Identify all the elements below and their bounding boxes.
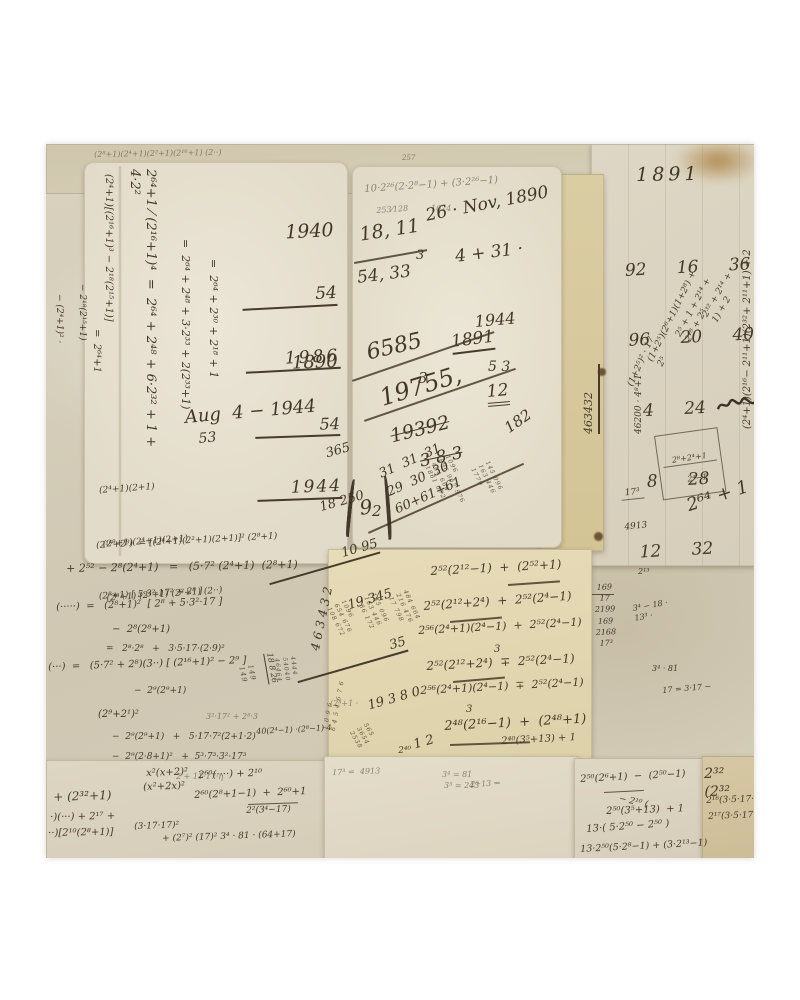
edge-vertical-formula: (2⁴+1)(2¹⁶− 2¹¹+1)(2³²+ 2¹¹+1) + 2 bbox=[742, 174, 754, 429]
factor-line: (2¹⁶+2⁸) = [(2⁴+1)(2²+1)(2+1)]² (2⁸+1) bbox=[96, 529, 278, 556]
formula-line: ·)(···) + 2¹⁷ + bbox=[50, 811, 115, 825]
underline-stroke bbox=[592, 594, 614, 595]
vertical-formula: = 2⁶⁴+1 bbox=[90, 329, 103, 439]
margin-number-stack: 169 17 2199 169 2168 17³ bbox=[594, 581, 617, 649]
sum-line: 1940 bbox=[238, 219, 334, 248]
margin-formula: − (2⁴+1)² · bbox=[53, 294, 64, 379]
fact-note: 17³ = 4913 bbox=[332, 766, 380, 778]
table-cell: 4 bbox=[611, 400, 654, 424]
tally-line: 365 bbox=[237, 439, 352, 488]
hole-dot bbox=[594, 532, 603, 541]
table-cell: 32 bbox=[671, 539, 714, 562]
formula-line: − 2⁹(2⁹+1) bbox=[134, 686, 186, 697]
formula-line: x²(x+2)² bbox=[146, 767, 188, 781]
sum-line: 1890 bbox=[252, 351, 338, 376]
year-heading: 1891 bbox=[636, 163, 701, 188]
table-cell: 92 bbox=[604, 260, 647, 283]
margin-note: 3⁴ · 81 bbox=[652, 664, 678, 674]
formula-line: ··)[2¹⁰(2⁸+1)] bbox=[48, 827, 114, 841]
formula-line: 2¹⁶(3·5·17· bbox=[706, 794, 754, 807]
small-number: 12 bbox=[486, 380, 510, 407]
manuscript-scan-page: (2⁸+1)(2⁴+1)(2²+1)(2¹⁶+1) (2··) 257 − (2… bbox=[0, 0, 800, 1000]
margin-note: 2¹³ bbox=[638, 567, 650, 577]
formula-line: 2¹⁷(3·5·17· bbox=[708, 810, 754, 823]
formula-line: (2⁹+2¹)² bbox=[98, 709, 139, 722]
table-cell bbox=[723, 536, 754, 559]
formula-line: 2⁶⁰(····) + 2¹⁰ bbox=[198, 768, 262, 783]
fraction-denominator: 2²(3⁴−17) bbox=[246, 804, 291, 817]
formula-line: + (2³²+1) bbox=[53, 788, 112, 805]
vertical-formula: 2⁶⁴+1 ⁄ (2¹⁶+1)⁴ = 2⁶⁴ + 2⁴⁸ + 6·2³² + 1… bbox=[126, 169, 159, 469]
formula-line: − 2⁸(2⁸+1) bbox=[112, 624, 170, 637]
formula-line: − 2⁹(2⁹+1) + 5·17·7²(2+1·2) bbox=[112, 732, 256, 743]
top-scribble: 257 bbox=[402, 154, 415, 163]
vertical-formula: (2⁴+1)[(2¹⁶+1)³ − 2¹⁸(2¹⁵+1)] bbox=[102, 174, 115, 399]
formula-fragment: 3²·17² + 2⁸·3 bbox=[206, 712, 258, 722]
factor-line: (2⁴+1)(2+1) bbox=[99, 474, 216, 500]
margin-formula: − 2¹⁸(2¹⁵+1) bbox=[76, 284, 87, 379]
formula-line: (x²+2x)² bbox=[143, 781, 185, 795]
fact-note: 3⁴ = 81 bbox=[442, 770, 472, 780]
micro-number-stack: 4444 54040 46464 bbox=[273, 656, 299, 683]
formula-line: = 2⁸·2⁸ + 3·5·17·(2·9)² bbox=[106, 644, 225, 655]
fraction-denominator: 4913 bbox=[624, 521, 648, 535]
manuscript-collage: (2⁸+1)(2⁴+1)(2²+1)(2¹⁶+1) (2··) 257 − (2… bbox=[46, 144, 754, 858]
formula-line: − 2⁹(2·8+1)² + 5³·7³·3²·17³ bbox=[112, 752, 246, 763]
small-exponent: 2⁴⁰ bbox=[398, 745, 412, 757]
table-row: 4 24 bbox=[611, 395, 754, 425]
vertical-sum-line: 463432 bbox=[581, 364, 600, 434]
margin-note: 17 = 3·17 − bbox=[662, 682, 712, 696]
micro-number-stack: 149 149 bbox=[236, 664, 257, 684]
formula-line: (···) = (5·7² + 2⁸)(3··) [ (2¹⁶+1)² − 2⁹… bbox=[48, 655, 247, 674]
sum-line: 54 bbox=[241, 283, 337, 311]
fraction-numerator: 17³ bbox=[620, 486, 644, 501]
small-number: 3 bbox=[466, 704, 472, 717]
table-cell: 24 bbox=[663, 397, 706, 421]
fact-note: 2⁸·13 ⇒ bbox=[470, 778, 501, 790]
scrawl-digit: 2 bbox=[372, 502, 382, 521]
fraction-numerator: 2⁸+2⁴+1 bbox=[662, 450, 717, 468]
formula-fragment: (3·17·17)² bbox=[134, 820, 179, 833]
fraction-denominator: 2⁴−1 bbox=[687, 472, 708, 484]
